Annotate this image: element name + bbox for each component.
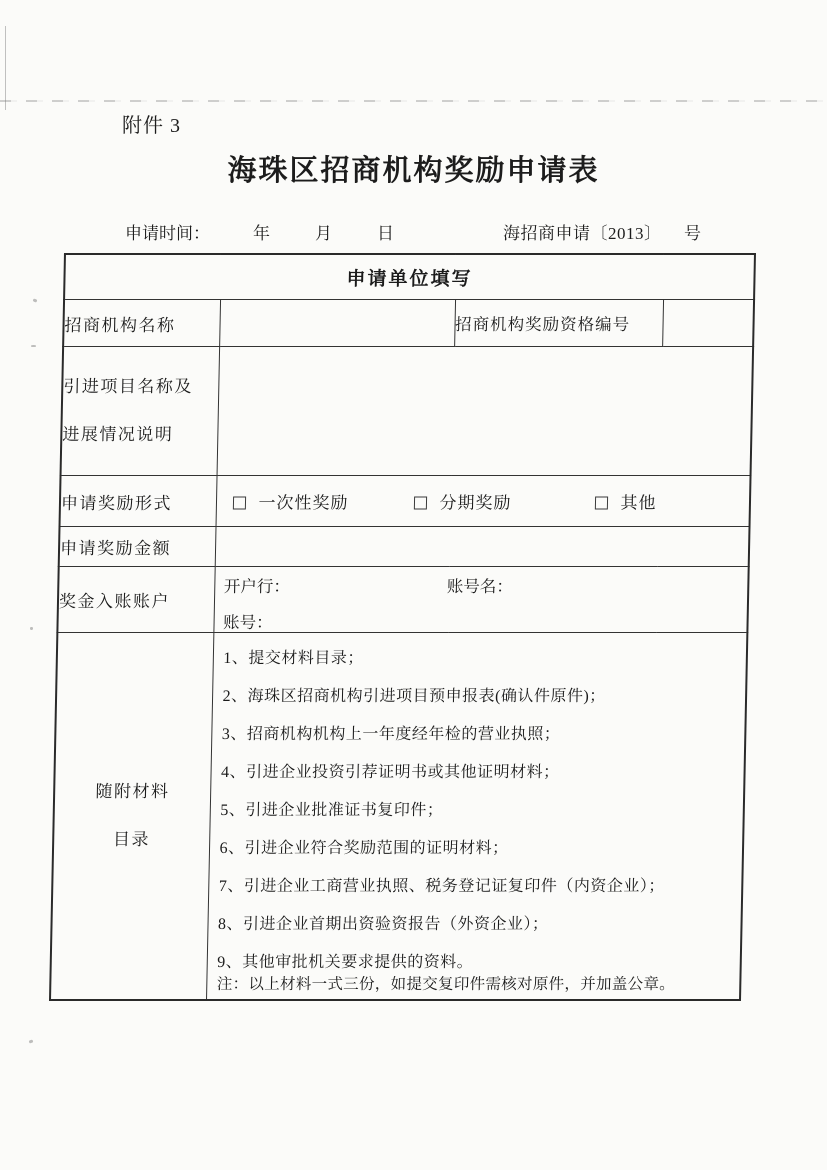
material-item: 8、引进企业首期出资验资报告（外资企业）； (218, 911, 735, 934)
qualification-no-label: 招商机构奖励资格编号 (454, 300, 663, 347)
table-row-org-name: 招商机构名称 招商机构奖励资格编号 (63, 300, 754, 347)
day-label: 日 (377, 219, 394, 244)
reward-form-label: 申请奖励形式 (60, 476, 217, 527)
project-label-line1: 引进项目名称及 (63, 374, 218, 400)
checkbox-icon[interactable] (594, 497, 607, 510)
line-gap (54, 805, 209, 827)
scan-speck (29, 1039, 34, 1043)
scan-artifact-edge (5, 26, 6, 110)
materials-label: 随附材料 目录 (50, 633, 213, 1001)
org-name-label: 招商机构名称 (63, 300, 220, 347)
org-name-input-cell[interactable] (219, 300, 455, 347)
material-item: 9、其他审批机关要求提供的资料。 (217, 949, 734, 972)
account-label: 奖金入账账户 (57, 567, 214, 633)
account-input-cell[interactable]: 开户行： 账号名： 账号： (213, 567, 748, 633)
attachment-label: 附件 3 (122, 109, 181, 138)
materials-list-cell: 1、提交材料目录； 2、海珠区招商机构引进项目预申报表(确认件原件)； 3、招商… (206, 633, 747, 1001)
material-item: 6、引进企业符合奖励范围的证明材料； (219, 835, 736, 858)
materials-note: 注：以上材料一式三份，如提交复印件需核对原件，并加盖公章。 (217, 972, 676, 994)
table-row-project: 引进项目名称及 进展情况说明 (61, 347, 754, 476)
table-row-reward-form: 申请奖励形式 一次性奖励 分期奖励 其他 (60, 476, 751, 527)
project-input-cell[interactable] (217, 347, 754, 476)
checkbox-icon[interactable] (413, 497, 426, 510)
scan-speck (31, 345, 36, 347)
reward-option-installment[interactable]: 分期奖励 (413, 489, 512, 514)
checkbox-icon[interactable] (232, 497, 245, 510)
reward-option-label: 其他 (620, 494, 656, 513)
reward-amount-input-cell[interactable] (215, 527, 750, 567)
project-label-line2: 进展情况说明 (62, 422, 217, 448)
material-item: 5、引进企业批准证书复印件； (220, 797, 737, 820)
reward-amount-label: 申请奖励金额 (59, 527, 216, 567)
table-row-reward-amount: 申请奖励金额 (59, 527, 750, 567)
material-item: 2、海珠区招商机构引进项目预申报表(确认件原件)； (222, 683, 739, 706)
table-row-account: 奖金入账账户 开户行： 账号名： 账号： (57, 567, 748, 633)
scan-artifact-line (0, 100, 827, 102)
materials-label-line1: 随附材料 (55, 779, 210, 805)
reward-option-label: 一次性奖励 (258, 494, 348, 513)
doc-number-label: 海招商申请〔2013〕 (503, 219, 662, 244)
month-label: 月 (315, 219, 332, 244)
material-item: 3、招商机构机构上一年度经年检的营业执照； (222, 721, 739, 744)
scanned-form-page: 附件 3 海珠区招商机构奖励申请表 申请时间： 年 月 日 海招商申请〔2013… (0, 0, 827, 1170)
reward-options-cell: 一次性奖励 分期奖励 其他 (216, 476, 751, 527)
apply-time-label: 申请时间： (125, 219, 210, 244)
account-name-label: 账号名： (447, 573, 513, 597)
reward-option-once[interactable]: 一次性奖励 (232, 489, 349, 514)
qualification-no-input-cell[interactable] (662, 300, 754, 347)
material-item: 7、引进企业工商营业执照、税务登记证复印件（内资企业）； (219, 873, 736, 896)
bank-label: 开户行： (224, 573, 290, 597)
page-title: 海珠区招商机构奖励申请表 (0, 148, 827, 189)
application-form-table: 申请单位填写 招商机构名称 招商机构奖励资格编号 引进项目名称及 进展情况说明 … (49, 253, 754, 1001)
line-gap (63, 400, 218, 422)
materials-list: 1、提交材料目录； 2、海珠区招商机构引进项目预申报表(确认件原件)； 3、招商… (217, 645, 740, 987)
account-no-label: 账号： (223, 609, 273, 633)
reward-option-label: 分期奖励 (439, 494, 511, 513)
scan-speck (33, 298, 38, 302)
materials-label-line2: 目录 (54, 827, 209, 853)
scan-speck (30, 627, 33, 630)
table-row-section-header: 申请单位填写 (64, 254, 755, 300)
date-line: 申请时间： 年 月 日 海招商申请〔2013〕 号 (0, 219, 827, 243)
project-label: 引进项目名称及 进展情况说明 (61, 347, 220, 476)
year-label: 年 (253, 219, 270, 244)
doc-number-suffix: 号 (684, 219, 701, 244)
reward-option-other[interactable]: 其他 (594, 489, 657, 514)
material-item: 1、提交材料目录； (223, 645, 740, 668)
section-title: 申请单位填写 (64, 254, 755, 300)
table-row-materials: 随附材料 目录 1、提交材料目录； 2、海珠区招商机构引进项目预申报表(确认件原… (50, 633, 747, 1001)
material-item: 4、引进企业投资引荐证明书或其他证明材料； (221, 759, 738, 782)
